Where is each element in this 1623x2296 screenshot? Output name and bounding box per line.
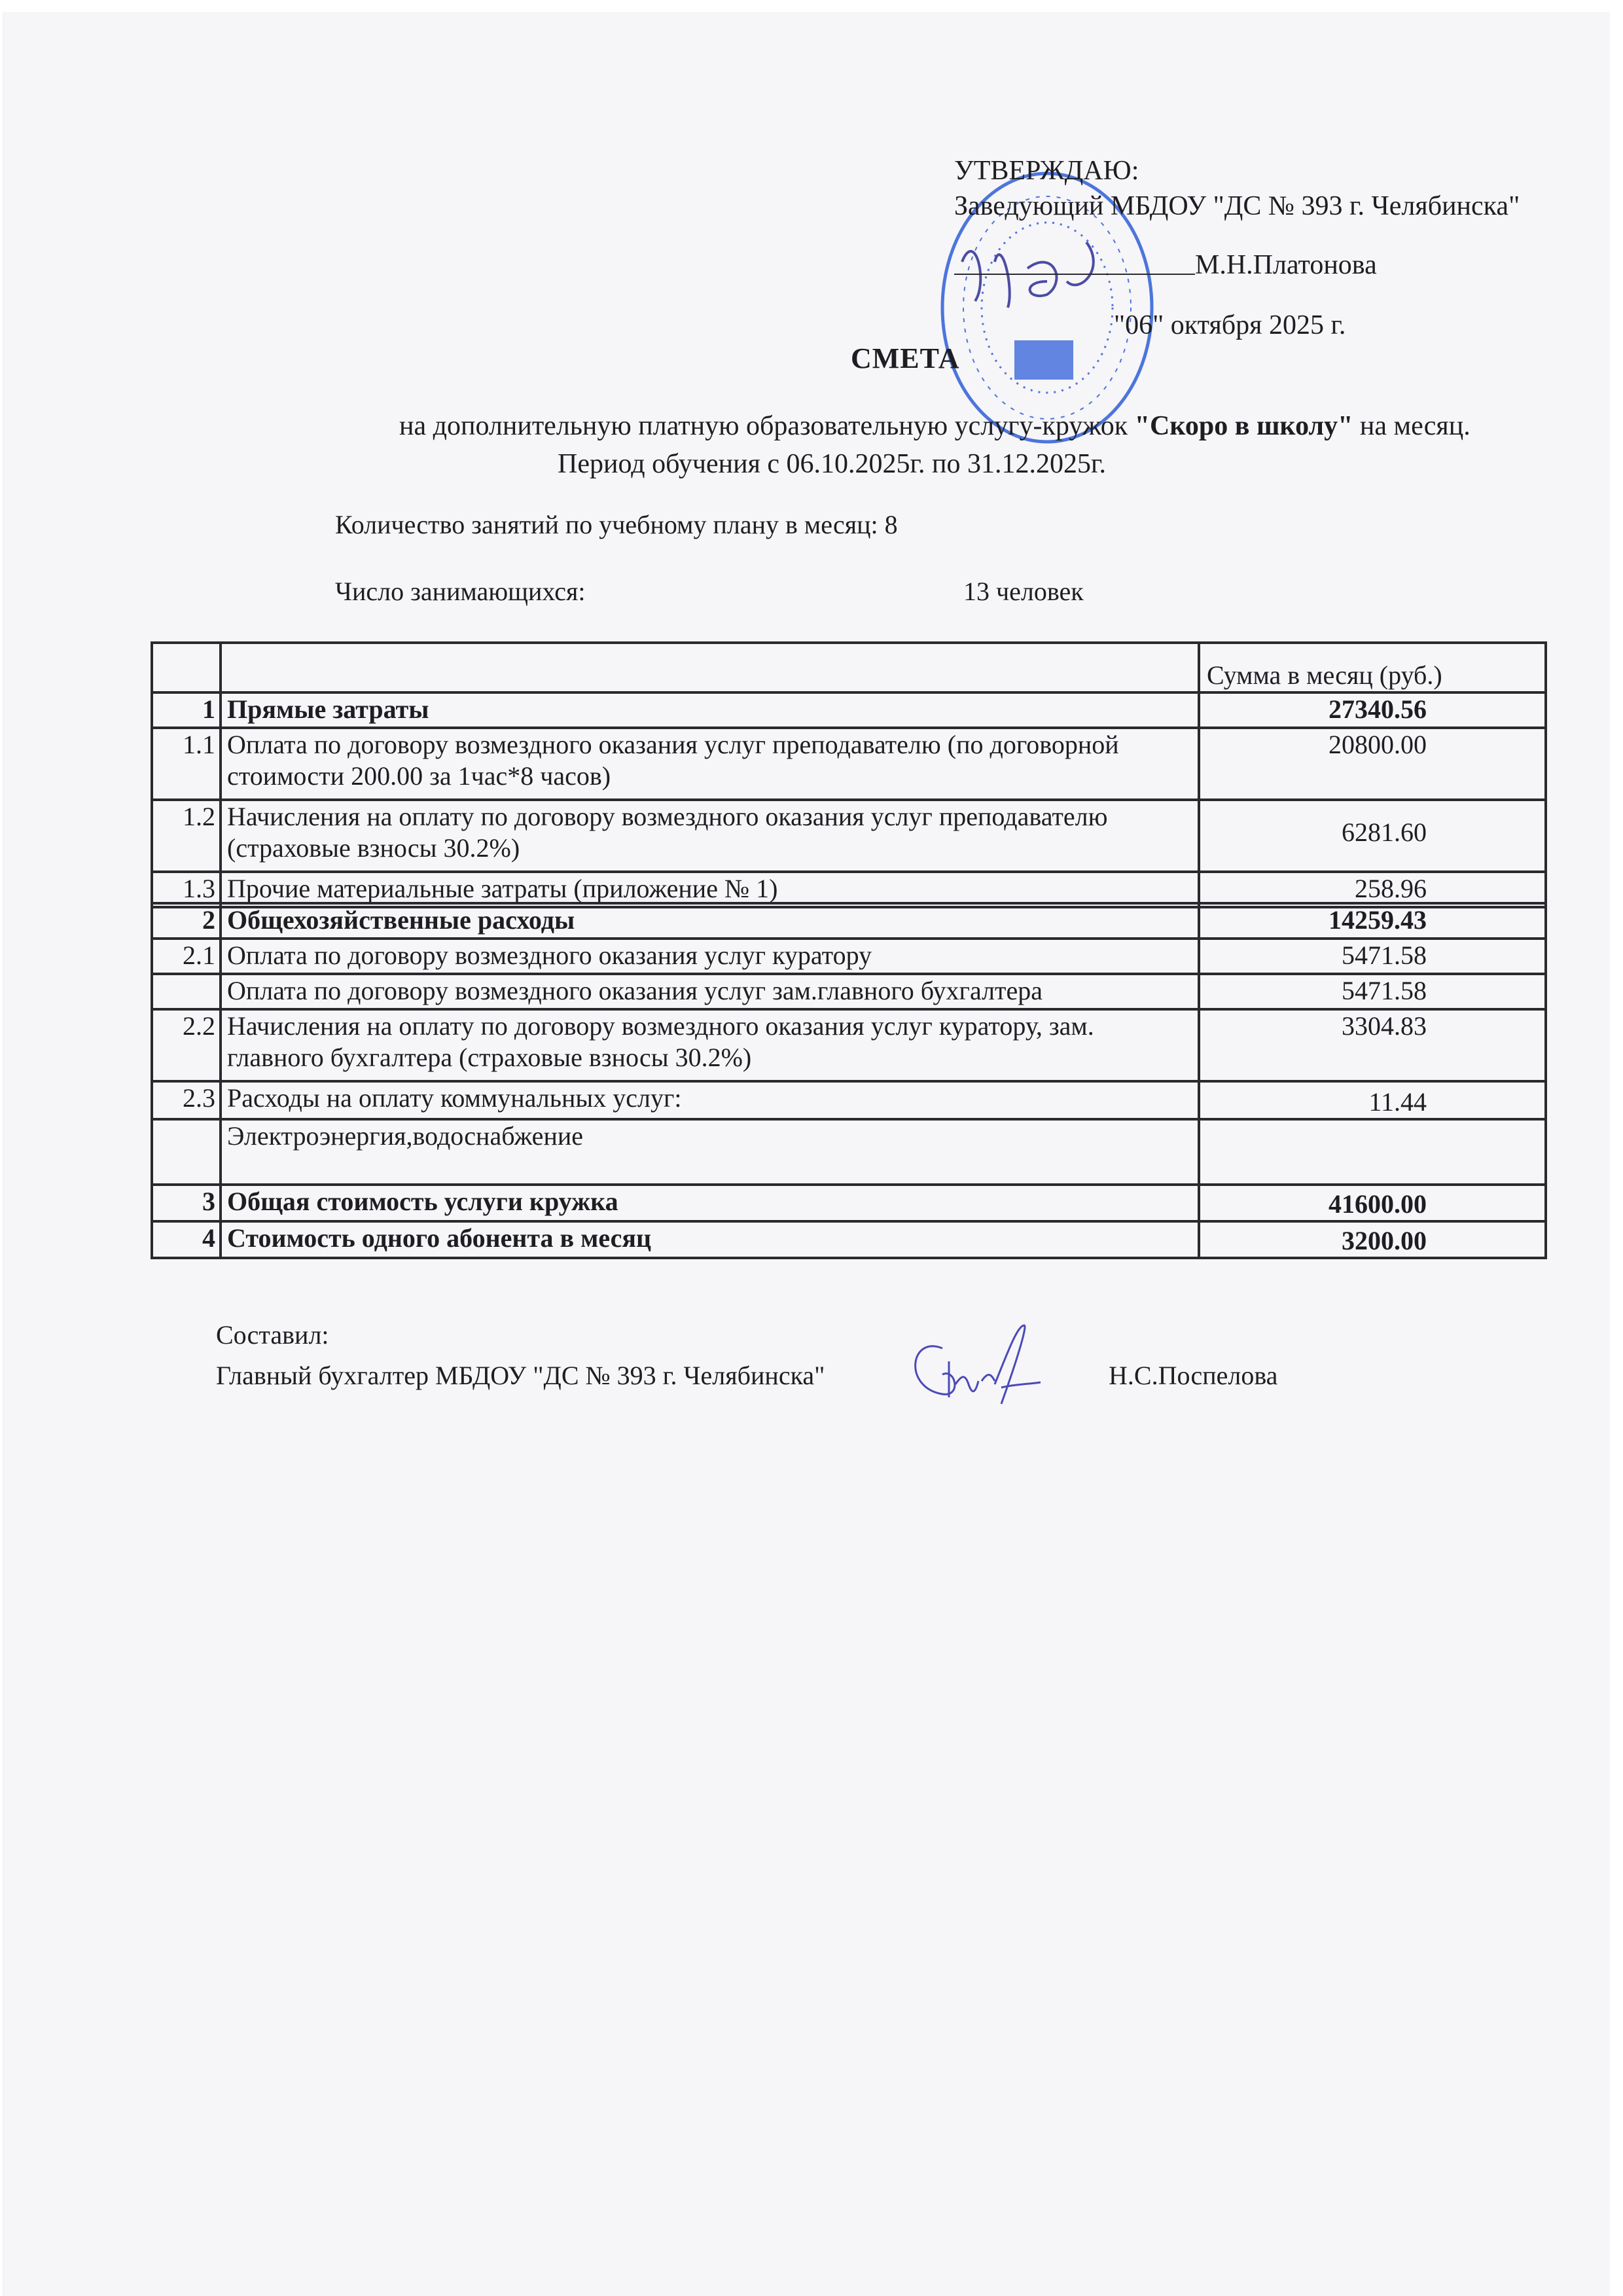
row-amount: 3304.83 <box>1199 1009 1546 1081</box>
row-amount: 20800.00 <box>1199 728 1546 800</box>
row-amount <box>1199 1119 1546 1185</box>
approval-label: УТВЕРЖДАЮ: <box>954 154 1139 187</box>
row-number: 2.3 <box>152 1081 221 1119</box>
table-row: Оплата по договору возмездного оказания … <box>152 974 1546 1009</box>
row-amount: 3200.00 <box>1199 1221 1546 1258</box>
row-item: Оплата по договору возмездного оказания … <box>221 974 1199 1009</box>
subtitle-prefix: на дополнительную платную образовательну… <box>399 411 1135 441</box>
table-row: 4Стоимость одного абонента в месяц3200.0… <box>152 1221 1546 1258</box>
document-subtitle: на дополнительную платную образовательну… <box>399 410 1471 442</box>
approver-position: Заведующий МБДОУ "ДС № 393 г. Челябинска… <box>954 190 1520 223</box>
row-number: 3 <box>152 1185 221 1221</box>
table-row: 2Общехозяйственные расходы14259.43 <box>152 903 1546 939</box>
composed-by-label: Составил: <box>216 1319 329 1351</box>
table-row: 1.2Начисления на оплату по договору возм… <box>152 800 1546 872</box>
header-amount: Сумма в месяц (руб.) <box>1199 643 1546 692</box>
row-item: Оплата по договору возмездного оказания … <box>221 728 1199 800</box>
students-label: Число занимающихся: <box>335 576 585 607</box>
table-row: Электроэнергия,водоснабжение <box>152 1119 1546 1185</box>
cost-table-overhead: 2Общехозяйственные расходы14259.432.1Опл… <box>151 902 1547 1259</box>
club-name: "Скоро в школу" <box>1135 411 1353 441</box>
students-count: 13 человек <box>963 576 1084 607</box>
table-row: 1Прямые затраты27340.56 <box>152 692 1546 728</box>
row-item: Стоимость одного абонента в месяц <box>221 1221 1199 1258</box>
row-number: 2.2 <box>152 1009 221 1081</box>
row-item: Общая стоимость услуги кружка <box>221 1185 1199 1221</box>
row-item: Общехозяйственные расходы <box>221 903 1199 939</box>
table-row: 2.3Расходы на оплату коммунальных услуг:… <box>152 1081 1546 1119</box>
row-number: 1.1 <box>152 728 221 800</box>
row-number: 1.2 <box>152 800 221 872</box>
row-amount: 41600.00 <box>1199 1185 1546 1221</box>
table-row: 2.2Начисления на оплату по договору возм… <box>152 1009 1546 1081</box>
approver-signature-line <box>954 274 1195 275</box>
row-item: Прямые затраты <box>221 692 1199 728</box>
cost-table-direct: Сумма в месяц (руб.) 1Прямые затраты2734… <box>151 641 1547 908</box>
table-header-row: Сумма в месяц (руб.) <box>152 643 1546 692</box>
header-num <box>152 643 221 692</box>
row-amount: 27340.56 <box>1199 692 1546 728</box>
row-number: 2.1 <box>152 939 221 974</box>
table-row: 1.1Оплата по договору возмездного оказан… <box>152 728 1546 800</box>
lessons-per-month: Количество занятий по учебному плану в м… <box>335 509 898 541</box>
row-number <box>152 974 221 1009</box>
training-period: Период обучения с 06.10.2025г. по 31.12.… <box>558 448 1106 480</box>
table-row: 3Общая стоимость услуги кружка41600.00 <box>152 1185 1546 1221</box>
document-title: СМЕТА <box>851 342 960 375</box>
row-amount: 6281.60 <box>1199 800 1546 872</box>
signature-icon <box>903 1322 1099 1407</box>
row-number: 1 <box>152 692 221 728</box>
row-item: Начисления на оплату по договору возмезд… <box>221 800 1199 872</box>
row-number: 4 <box>152 1221 221 1258</box>
row-item: Электроэнергия,водоснабжение <box>221 1119 1199 1185</box>
row-item: Расходы на оплату коммунальных услуг: <box>221 1081 1199 1119</box>
row-item: Начисления на оплату по договору возмезд… <box>221 1009 1199 1081</box>
row-amount: 11.44 <box>1199 1081 1546 1119</box>
subtitle-suffix: на месяц. <box>1353 411 1470 441</box>
row-item: Оплата по договору возмездного оказания … <box>221 939 1199 974</box>
row-amount: 5471.58 <box>1199 974 1546 1009</box>
row-amount: 14259.43 <box>1199 903 1546 939</box>
header-item <box>221 643 1199 692</box>
row-number <box>152 1119 221 1185</box>
table-row: 2.1Оплата по договору возмездного оказан… <box>152 939 1546 974</box>
row-number: 2 <box>152 903 221 939</box>
composer-position: Главный бухгалтер МБДОУ "ДС № 393 г. Чел… <box>216 1360 825 1391</box>
row-amount: 5471.58 <box>1199 939 1546 974</box>
approver-name: М.Н.Платонова <box>1195 249 1377 281</box>
approval-date: "06" октября 2025 г. <box>1114 309 1346 342</box>
composer-name: Н.С.Поспелова <box>1109 1360 1277 1391</box>
